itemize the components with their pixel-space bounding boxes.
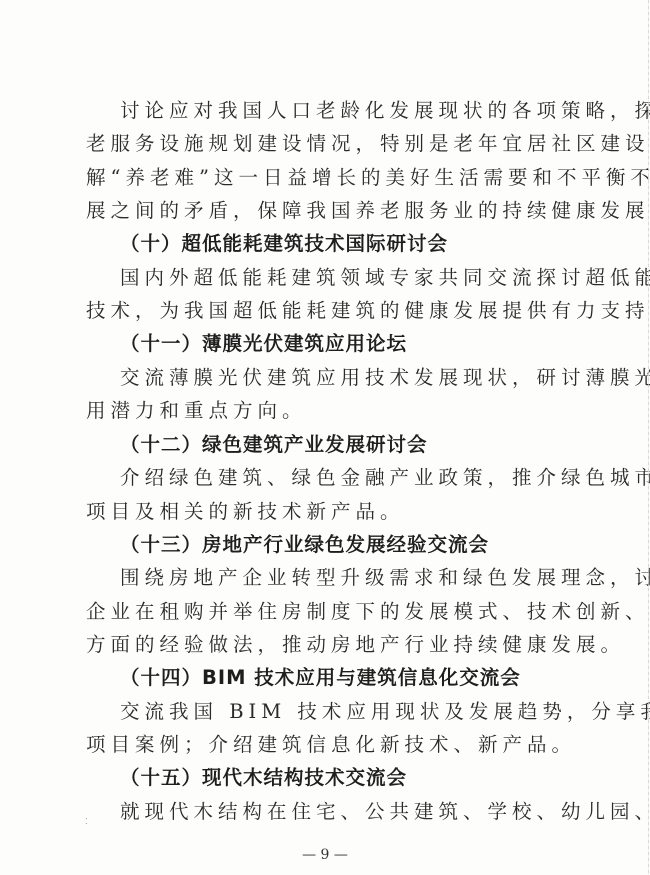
section-12-line-2: 项目及相关的新技术新产品。 <box>86 497 582 527</box>
intro-line-2: 老服务设施规划建设情况，特别是老年宜居社区建设情况，为缓 <box>86 129 582 159</box>
section-15-line-1: 就现代木结构在住宅、公共建筑、学校、幼儿园、新农村建 <box>120 797 582 827</box>
scan-edge-line <box>648 0 649 875</box>
section-13-line-1: 围绕房地产企业转型升级需求和绿色发展理念，讨论房地产 <box>120 563 582 593</box>
section-heading-11: （十一）薄膜光伏建筑应用论坛 <box>120 329 407 359</box>
document-page: 讨论应对我国人口老龄化发展现状的各项策略，探讨我国养 老服务设施规划建设情况，特… <box>0 0 650 875</box>
section-12-line-1: 介绍绿色建筑、绿色金融产业政策，推介绿色城市重点科技 <box>120 463 582 493</box>
section-heading-14: （十四）BIM 技术应用与建筑信息化交流会 <box>120 663 521 693</box>
section-heading-15: （十五）现代木结构技术交流会 <box>120 763 407 793</box>
section-heading-13: （十三）房地产行业绿色发展经验交流会 <box>120 530 489 560</box>
section-13-line-3: 方面的经验做法，推动房地产行业持续健康发展。 <box>86 630 582 660</box>
section-heading-12: （十二）绿色建筑产业发展研讨会 <box>120 430 428 460</box>
intro-line-1: 讨论应对我国人口老龄化发展现状的各项策略，探讨我国养 <box>120 96 582 126</box>
intro-line-4: 展之间的矛盾，保障我国养老服务业的持续健康发展献计献策。 <box>86 196 582 226</box>
section-11-line-1: 交流薄膜光伏建筑应用技术发展现状，研讨薄膜光伏建筑应 <box>120 363 582 393</box>
section-11-line-2: 用潜力和重点方向。 <box>86 396 582 426</box>
section-14-line-2: 项目案例；介绍建筑信息化新技术、新产品。 <box>86 730 582 760</box>
page-number: — 9 — <box>0 845 650 865</box>
section-heading-10: （十）超低能耗建筑技术国际研讨会 <box>120 229 448 259</box>
intro-line-3: 解“养老难”这一日益增长的美好生活需要和不平衡不充分的发 <box>86 163 582 193</box>
section-10-line-2: 技术，为我国超低能耗建筑的健康发展提供有力支持和帮助。 <box>86 296 582 326</box>
section-14-line-1: 交流我国 BIM 技术应用现状及发展趋势，分享我国优秀 BIM <box>120 697 582 727</box>
section-10-line-1: 国内外超低能耗建筑领域专家共同交流探讨超低能耗建筑 <box>120 263 582 293</box>
scan-speck: ⁚ <box>85 817 88 826</box>
section-13-line-2: 企业在租购并举住房制度下的发展模式、技术创新、服务转型等 <box>86 597 582 627</box>
